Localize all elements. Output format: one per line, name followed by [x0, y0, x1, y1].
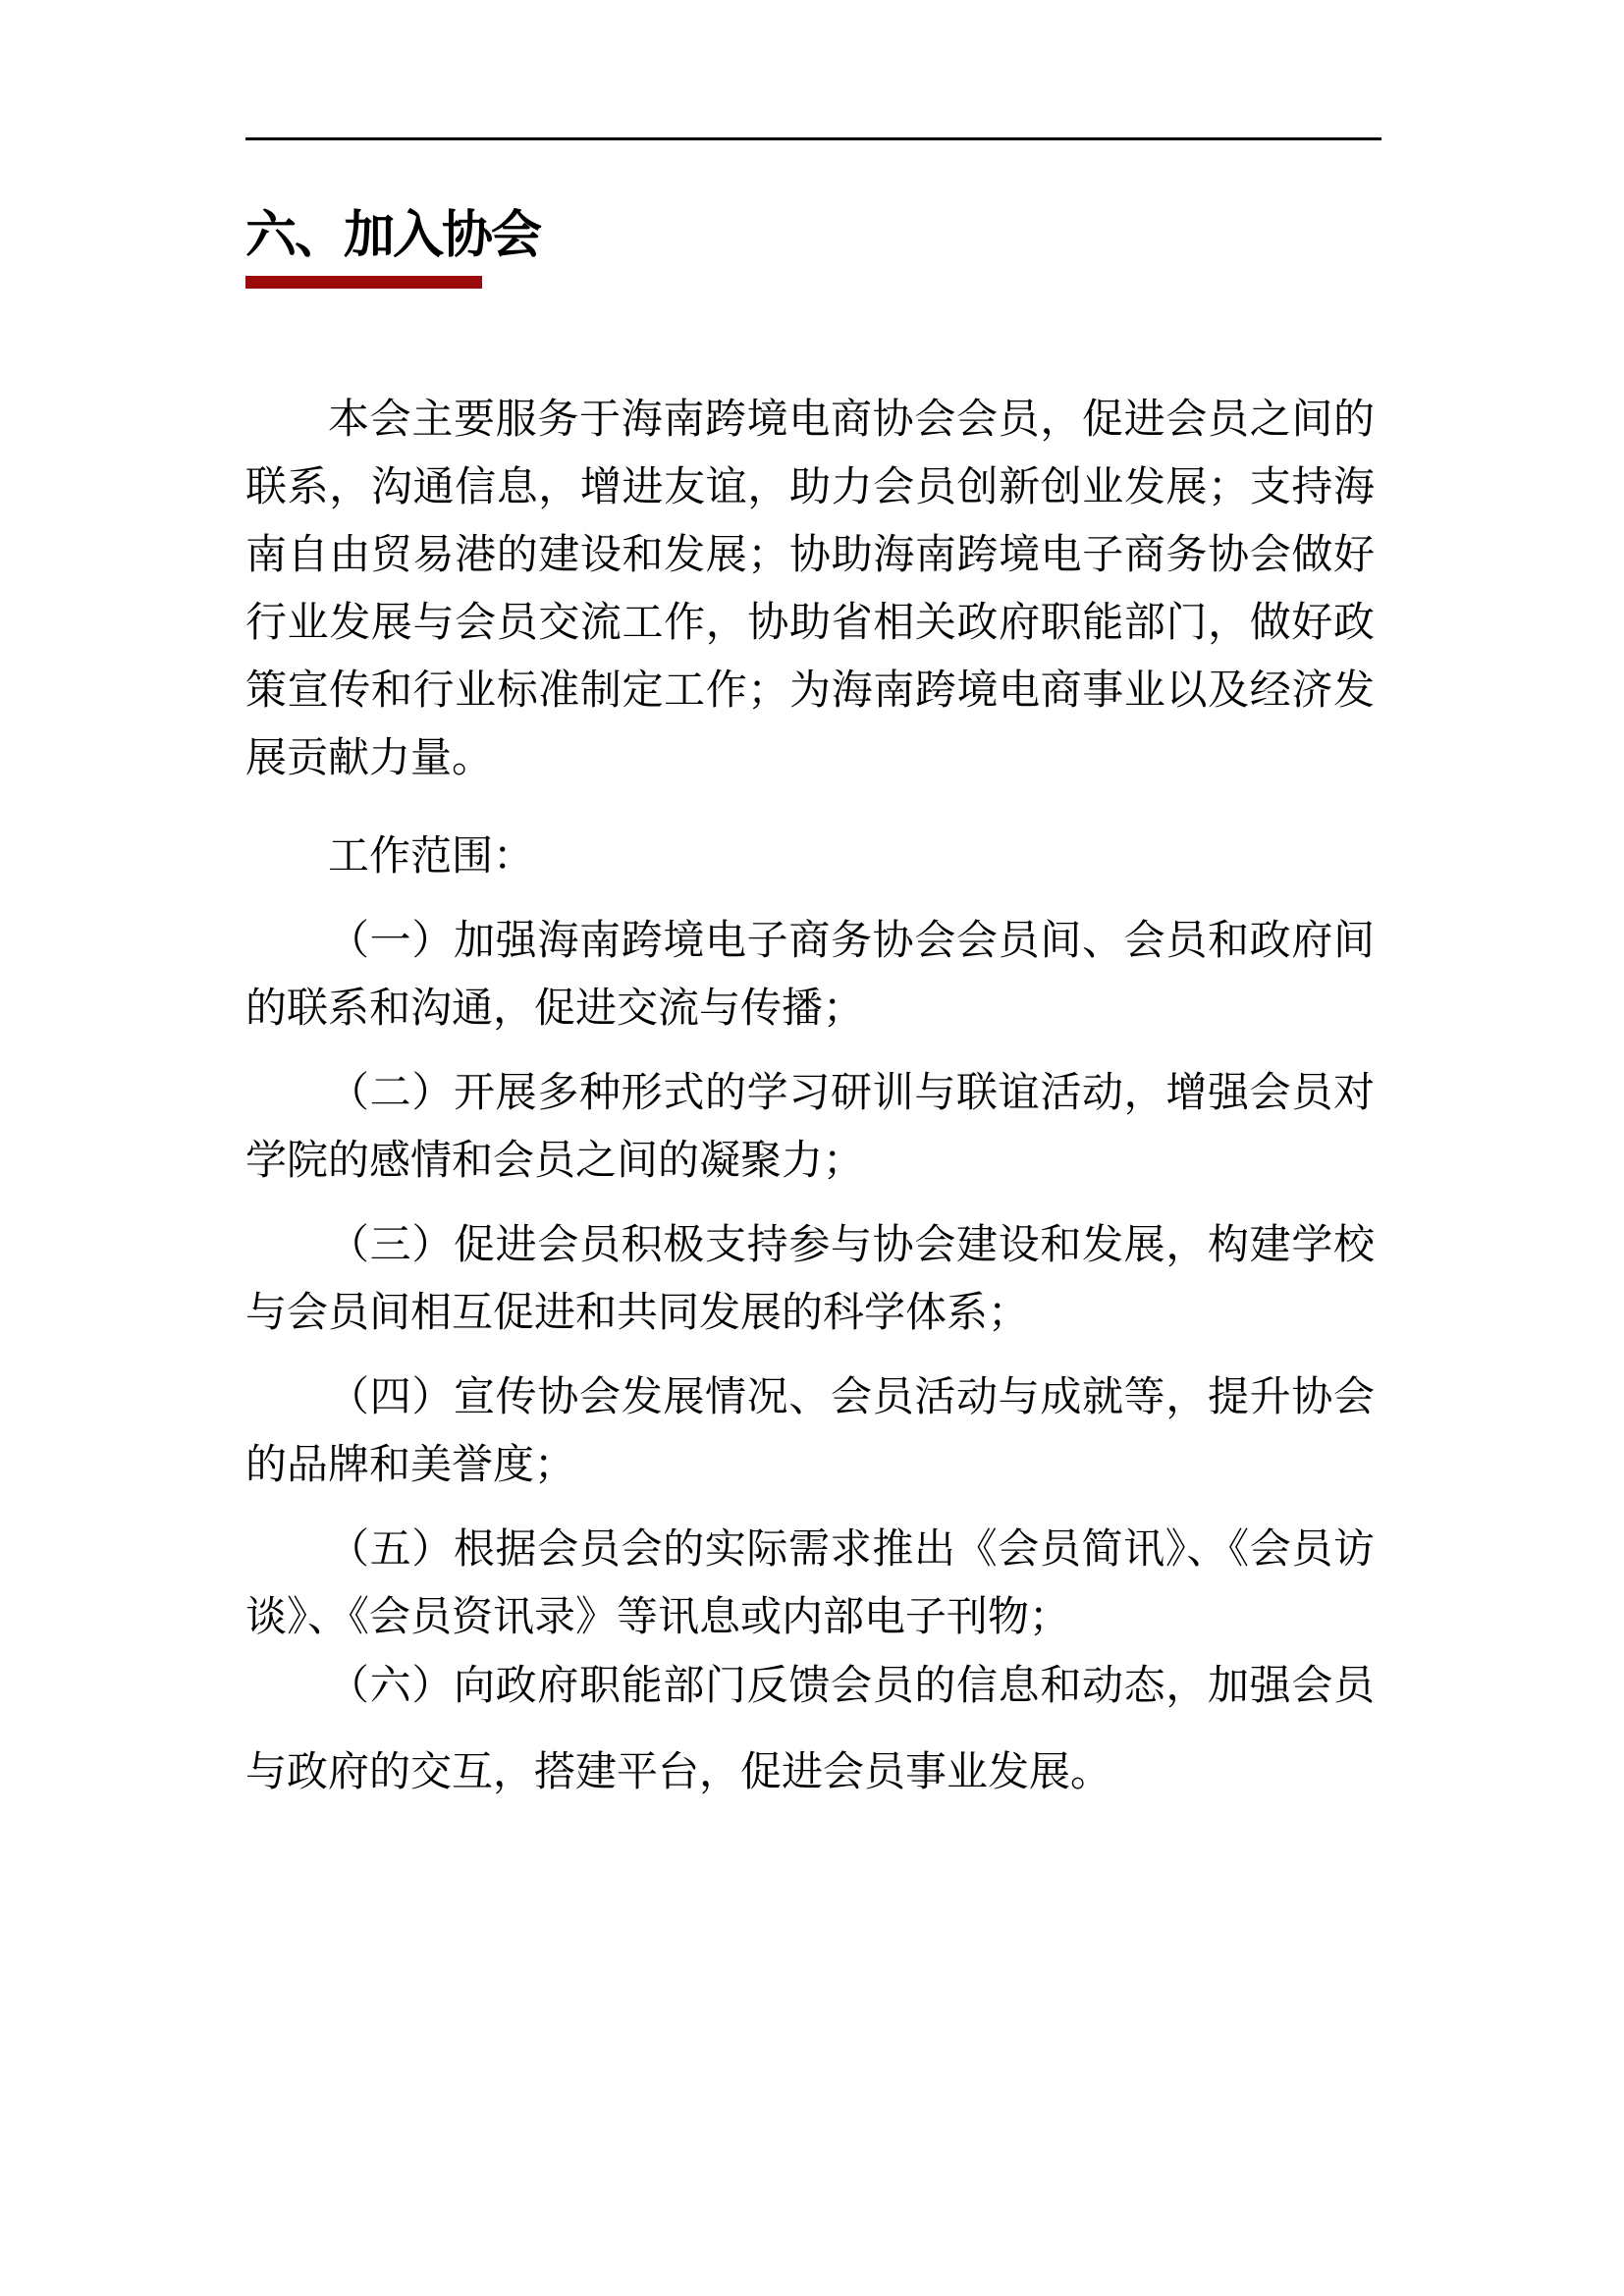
document-page: 六、加入协会 本会主要服务于海南跨境电商协会会员，促进会员之间的联系，沟通信息，… — [0, 0, 1624, 2296]
work-scope-item-4: （四）宣传协会发展情况、会员活动与成就等，提升协会的品牌和美誉度； — [245, 1364, 1375, 1500]
work-scope-item-2: （二）开展多种形式的学习研训与联谊活动，增强会员对学院的感情和会员之间的凝聚力； — [245, 1060, 1375, 1196]
top-horizontal-rule — [245, 137, 1381, 140]
work-scope-item-6: （六）向政府职能部门反馈会员的信息和动态，加强会员与政府的交互，搭建平台，促进会… — [245, 1643, 1375, 1816]
body-text-block: 本会主要服务于海南跨境电商协会会员，促进会员之间的联系，沟通信息，增进友谊，助力… — [245, 387, 1375, 1833]
intro-paragraph: 本会主要服务于海南跨境电商协会会员，促进会员之间的联系，沟通信息，增进友谊，助力… — [245, 387, 1375, 793]
title-underline-bar — [245, 276, 482, 289]
work-scope-label: 工作范围： — [245, 824, 1375, 891]
work-scope-item-1: （一）加强海南跨境电子商务协会会员间、会员和政府间的联系和沟通，促进交流与传播； — [245, 908, 1375, 1043]
work-scope-item-3: （三）促进会员积极支持参与协会建设和发展，构建学校与会员间相互促进和共同发展的科… — [245, 1212, 1375, 1348]
work-scope-item-5: （五）根据会员会的实际需求推出《会员简讯》、《会员访谈》、《会员资讯录》等讯息或… — [245, 1517, 1375, 1652]
section-title: 六、加入协会 — [245, 208, 540, 265]
